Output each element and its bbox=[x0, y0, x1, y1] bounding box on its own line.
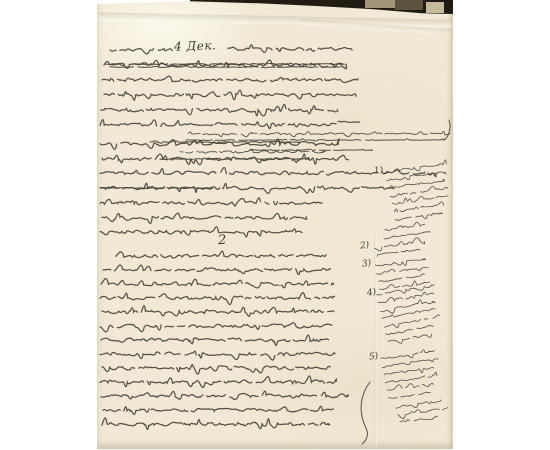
handwriting-line bbox=[228, 45, 352, 53]
handwriting-line bbox=[102, 213, 307, 223]
margin-note-line bbox=[382, 358, 438, 369]
margin-note-line bbox=[389, 178, 445, 189]
margin-note-label-2: 2) bbox=[359, 240, 370, 251]
handwriting-line bbox=[102, 306, 334, 317]
handwriting-line bbox=[100, 293, 335, 305]
margin-note-line bbox=[388, 392, 430, 400]
handwriting-line bbox=[104, 90, 356, 100]
margin-bracket bbox=[361, 382, 370, 444]
underline-stroke bbox=[250, 149, 373, 151]
margin-note-line bbox=[382, 307, 436, 319]
handwriting-line bbox=[100, 167, 436, 176]
handwriting-line bbox=[101, 391, 348, 399]
handwriting-line bbox=[100, 120, 336, 129]
strikethrough-stroke bbox=[100, 187, 212, 188]
margin-note-label-1: 1) bbox=[373, 165, 384, 176]
margin-note-line bbox=[390, 184, 448, 197]
handwriting-line bbox=[103, 406, 333, 414]
strikethrough-stroke bbox=[110, 66, 340, 68]
handwriting-line bbox=[100, 323, 332, 332]
section-number: 2 bbox=[218, 233, 228, 248]
handwriting-line bbox=[101, 335, 329, 346]
margin-note bbox=[377, 284, 443, 346]
margin-note-line bbox=[398, 406, 448, 420]
margin-note-line bbox=[375, 258, 426, 270]
handwriting-line bbox=[102, 365, 330, 375]
handwriting-line bbox=[101, 104, 338, 116]
margin-note-line bbox=[379, 279, 429, 291]
handwriting-line bbox=[100, 376, 337, 387]
margin-note-line bbox=[377, 284, 435, 298]
handwriting-line bbox=[100, 227, 302, 237]
margin-note bbox=[374, 237, 426, 257]
handwriting-line bbox=[102, 418, 330, 429]
heading-date: 4 Дек. bbox=[174, 38, 217, 53]
margin-note-line bbox=[377, 248, 421, 256]
handwriting-line bbox=[102, 76, 358, 82]
margin-note-label-5: 5) bbox=[368, 351, 379, 362]
margin-note-line bbox=[395, 212, 442, 223]
interlinear-insertion bbox=[188, 131, 450, 136]
margin-note-label-4: 4) bbox=[366, 287, 377, 298]
handwriting-line bbox=[100, 198, 322, 206]
margin-note-line bbox=[384, 315, 440, 330]
margin-note-line bbox=[384, 221, 425, 231]
underline-stroke bbox=[186, 120, 450, 141]
margin-note-line bbox=[388, 333, 432, 345]
dash-stroke bbox=[338, 121, 359, 122]
margin-note-label-3: 3) bbox=[361, 258, 372, 269]
handwriting-line bbox=[101, 278, 334, 287]
margin-note-line bbox=[379, 274, 425, 283]
margin-note-line bbox=[376, 264, 428, 277]
margin-note bbox=[381, 348, 449, 426]
handwriting-layer bbox=[0, 0, 550, 450]
margin-note-line bbox=[385, 372, 437, 383]
handwriting-line bbox=[116, 251, 326, 258]
margin-note-line bbox=[386, 325, 434, 336]
scanned-photo: 4 Дек. 2 1) 2) 3) 4) 5) bbox=[0, 0, 550, 450]
margin-note-line bbox=[387, 171, 447, 183]
margin-note-line bbox=[384, 231, 431, 239]
handwriting-line bbox=[103, 265, 330, 275]
handwriting-line bbox=[100, 351, 335, 360]
handwriting-line bbox=[110, 49, 172, 54]
margin-note bbox=[375, 258, 430, 291]
margin-note-line bbox=[384, 367, 434, 378]
margin-note-line bbox=[400, 415, 438, 423]
